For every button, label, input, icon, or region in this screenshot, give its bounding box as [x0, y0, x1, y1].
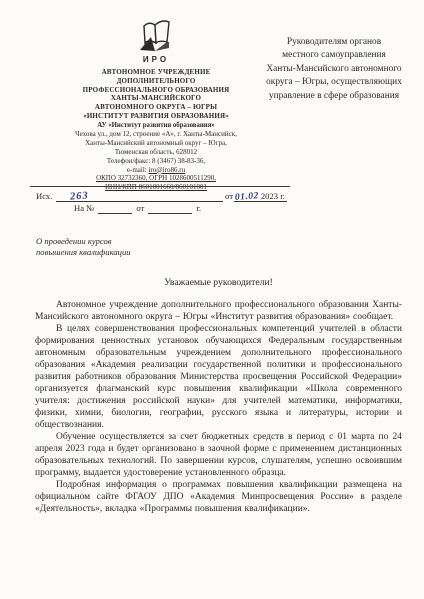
date-prefix: от	[225, 191, 233, 202]
addressee-line: округа – Югры, осуществляющих	[250, 76, 418, 89]
incoming-number-field	[98, 203, 132, 214]
subject-line: О проведении курсов	[36, 236, 131, 247]
address-line: Чехова ул., дом 12, строение «А», г. Хан…	[38, 130, 274, 139]
letter-subject: О проведении курсов повышения квалификац…	[36, 236, 131, 257]
phone-line: Телефон/факс: 8 (3467) 38-83-36,	[38, 157, 274, 166]
outgoing-ref-row: Исх. 263 от 01.022023 г.	[36, 191, 288, 202]
incoming-ref-row: На № от г.	[74, 203, 288, 214]
outgoing-label: Исх.	[36, 191, 52, 202]
handwritten-date: 01.02	[235, 191, 260, 204]
addressee-line: Руководителям органов	[250, 36, 418, 49]
email-label: e-mail:	[127, 166, 149, 174]
email-line: e-mail: iro@iro86.ru	[38, 166, 274, 175]
scanned-letter-page: ИРО АВТОНОМНОЕ УЧРЕЖДЕНИЕ ДОПОЛНИТЕЛЬНОГ…	[0, 0, 424, 599]
org-logo: ИРО	[38, 12, 274, 64]
printed-year: 2023 г.	[261, 191, 285, 201]
incoming-label: На №	[74, 203, 94, 214]
incoming-year-label: г.	[196, 203, 201, 214]
addressee-block: Руководителям органов местного самоуправ…	[250, 36, 418, 103]
org-name-line: ХАНТЫ-МАНСИЙСКОГО	[38, 94, 274, 103]
incoming-date-field	[148, 203, 192, 214]
org-address: Чехова ул., дом 12, строение «А», г. Хан…	[38, 130, 274, 192]
letter-body: Уважаемые руководители! Автономное учреж…	[35, 277, 402, 515]
org-full-name: АВТОНОМНОЕ УЧРЕЖДЕНИЕ ДОПОЛНИТЕЛЬНОГО ПР…	[38, 68, 274, 121]
body-paragraph: Подробная информация о программах повыше…	[35, 479, 402, 515]
address-line: Тюменская область, 628012	[38, 148, 274, 157]
incoming-from-label: от	[136, 203, 144, 214]
subject-line: повышения квалификации	[36, 247, 131, 258]
okpo-ogrn-line: ОКПО 32732360, ОГРН 1028600511290,	[38, 174, 274, 183]
letterhead-divider	[30, 186, 290, 187]
addressee-line: местного самоуправления	[250, 49, 418, 62]
salutation: Уважаемые руководители!	[35, 277, 402, 288]
org-short-name: АУ «Институт развития образования»	[38, 122, 274, 131]
reference-block: Исх. 263 от 01.022023 г. На № от г.	[36, 191, 288, 214]
org-name-line: АВТОНОМНОГО ОКРУГА – ЮГРЫ	[38, 103, 274, 112]
org-name-line: ДОПОЛНИТЕЛЬНОГО	[38, 77, 274, 86]
handwritten-outgoing-number: 263	[70, 190, 89, 202]
outgoing-number-field: 263	[56, 191, 223, 202]
body-paragraph: Обучение осуществляется за счет бюджетны…	[35, 431, 402, 479]
addressee-line: Ханты-Мансийского автономного	[250, 63, 418, 76]
org-name-line: ПРОФЕССИОНАЛЬНОГО ОБРАЗОВАНИЯ	[38, 86, 274, 95]
logo-acronym: ИРО	[143, 56, 169, 64]
letterhead: ИРО АВТОНОМНОЕ УЧРЕЖДЕНИЕ ДОПОЛНИТЕЛЬНОГ…	[38, 12, 274, 192]
body-paragraph: Автономное учреждение дополнительного пр…	[35, 299, 402, 323]
org-name-line: АВТОНОМНОЕ УЧРЕЖДЕНИЕ	[38, 68, 274, 77]
open-book-logo-icon	[136, 17, 176, 57]
date-field: 01.022023 г.	[234, 191, 287, 202]
email-address: iro@iro86.ru	[148, 166, 185, 174]
org-name-line: «ИНСТИТУТ РАЗВИТИЯ ОБРАЗОВАНИЯ»	[38, 112, 274, 121]
addressee-line: управление в сфере образования	[250, 90, 418, 103]
address-line: Ханты-Мансийский автономный округ – Югра…	[38, 139, 274, 148]
body-paragraph: В целях совершенствования профессиональн…	[35, 323, 402, 431]
